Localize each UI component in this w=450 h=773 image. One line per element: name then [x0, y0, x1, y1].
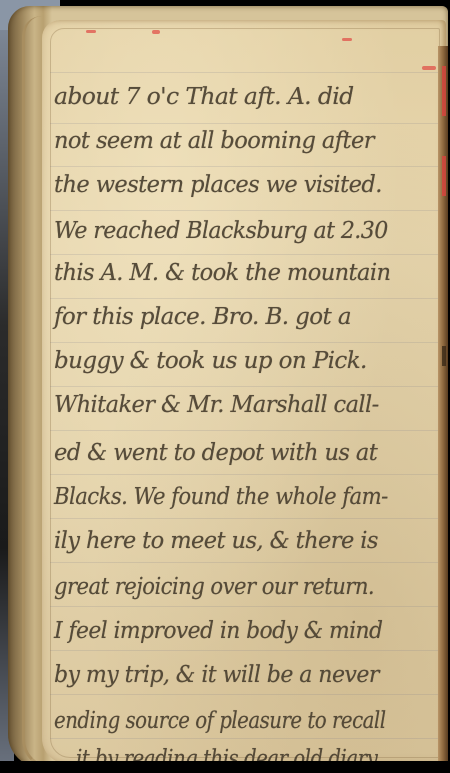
text-line: buggy & took us up on Pick. [54, 348, 367, 374]
text-line: I feel improved in body & mind [54, 618, 382, 644]
background-bottom [0, 761, 450, 773]
page-right-edge [438, 46, 448, 766]
red-edge-stain [442, 156, 446, 196]
text-line: about 7 o'c That aft. A. did [54, 84, 354, 110]
text-line: great rejoicing over our return. [54, 574, 374, 600]
diary-book: about 7 o'c That aft. A. did not seem at… [8, 6, 448, 768]
text-line: by my trip, & it will be a never [54, 662, 379, 688]
text-line: not seem at all booming after [54, 128, 374, 154]
text-line: ending source of pleasure to recall [54, 708, 386, 734]
red-edge-stain [442, 66, 446, 116]
text-line: this A. M. & took the mountain [54, 260, 390, 286]
handwritten-text: about 7 o'c That aft. A. did not seem at… [42, 20, 446, 764]
text-line: Whitaker & Mr. Marshall call- [54, 392, 379, 418]
text-line: for this place. Bro. B. got a [54, 304, 351, 330]
dark-edge-stain [442, 346, 446, 366]
text-line: Blacks. We found the whole fam- [54, 484, 388, 510]
text-line: We reached Blacksburg at 2.30 [54, 218, 388, 244]
text-line: the western places we visited. [54, 172, 382, 198]
text-line: ed & went to depot with us at [54, 440, 377, 466]
diary-page: about 7 o'c That aft. A. did not seem at… [42, 20, 446, 764]
text-line: ily here to meet us, & there is [54, 528, 378, 554]
